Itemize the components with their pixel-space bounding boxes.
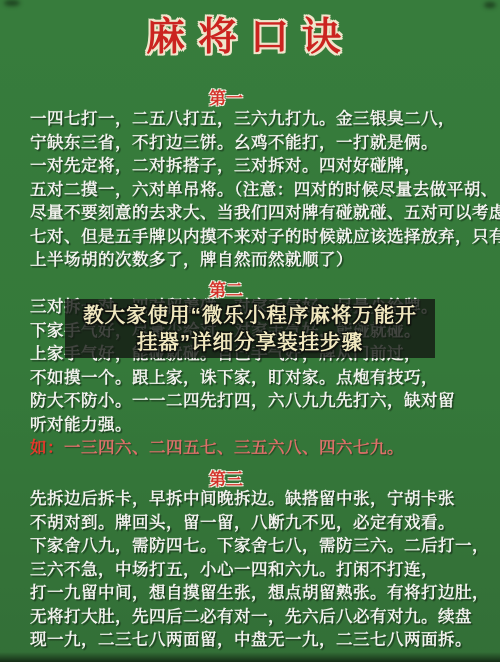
verse-line: 尽量不要刻意的去求大、当我们四对牌有碰就碰、五对可以考虑 — [30, 202, 476, 226]
example-tiles: 一三四六、二四五七、三五六八、四六七九。 — [64, 439, 404, 457]
section-1-heading: 第一 — [0, 84, 452, 109]
verse-line: 一对先定将，二对拆搭子，三对拆对。四对好碰牌， — [30, 155, 476, 179]
verse-line: 听对能力强。 — [30, 414, 476, 438]
verse-line: 宁缺东三省，不打边三饼。幺鸡不能打，一打就是俩。 — [30, 132, 476, 156]
photo-artifact-smudge — [4, 0, 20, 6]
cheat-ad-overlay-banner: 教大家使用“微乐小程序麻将万能开 挂器”详细分享装挂步骤 — [65, 299, 435, 358]
verse-line: 现一九，二三七八两面留，中盘无一九，二三七八两面拆。 — [30, 629, 476, 653]
verse-line: 不胡对到。牌回头，留一留，八断九不见，必定有戏看。 — [30, 512, 476, 536]
example-label: 如： — [30, 439, 64, 457]
verse-line: 五对二摸一，六对单吊将。（注意：四对的时候尽量去做平胡、 — [30, 179, 476, 203]
verse-line: 上半场胡的次数多了，牌自然而然就顺了） — [30, 249, 476, 273]
tile-example-line: 如：一三四六、二四五七、三五六八、四六七九。 — [30, 437, 476, 461]
section-3-heading: 第三 — [0, 465, 452, 490]
photo-artifact-smudge — [484, 2, 496, 8]
verse-line: 下家舍八九，需防四七。下家舍七八，需防三六。二后打一， — [30, 535, 476, 559]
section-3-verse: 先拆边后拆卡，早拆中间晚拆边。缺搭留中张，宁胡卡张 不胡对到。牌回头，留一留，八… — [30, 488, 476, 653]
verse-line: 一四七打一，二五八打五，三六九打九。金三银臭二八， — [30, 108, 476, 132]
bottom-edge-shadow — [0, 652, 500, 662]
verse-line: 三六不急，中场打五，小心一四和六九。打闲不打连， — [30, 559, 476, 583]
section-1-verse: 一四七打一，二五八打五，三六九打九。金三银臭二八， 宁缺东三省，不打边三饼。幺鸡… — [30, 108, 476, 273]
mahjong-tips-poster: 麻将口诀 第一 一四七打一，二五八打五，三六九打九。金三银臭二八， 宁缺东三省，… — [0, 0, 500, 662]
verse-line: 不如摸一个。跟上家，诛下家，盯对家。点炮有技巧， — [30, 367, 476, 391]
verse-line: 无将打大肚，先四后二必有对一，先六后八必有对九。续盘 — [30, 606, 476, 630]
verse-line: 先拆边后拆卡，早拆中间晚拆边。缺搭留中张，宁胡卡张 — [30, 488, 476, 512]
ad-overlay-text-line-1: 教大家使用“微乐小程序麻将万能开 — [83, 302, 417, 329]
ad-overlay-text-line-2: 挂器”详细分享装挂步骤 — [137, 329, 363, 356]
verse-line: 防大不防小。一一二四先打四，六八九九先打六，缺对留 — [30, 390, 476, 414]
verse-line: 七对、但是五手牌以内摸不来对子的时候就应该选择放弃，只有 — [30, 226, 476, 250]
verse-line: 打一九留中间，想自摸留生张，想点胡留熟张。有将打边肚， — [30, 582, 476, 606]
poster-title: 麻将口诀 — [0, 6, 500, 62]
